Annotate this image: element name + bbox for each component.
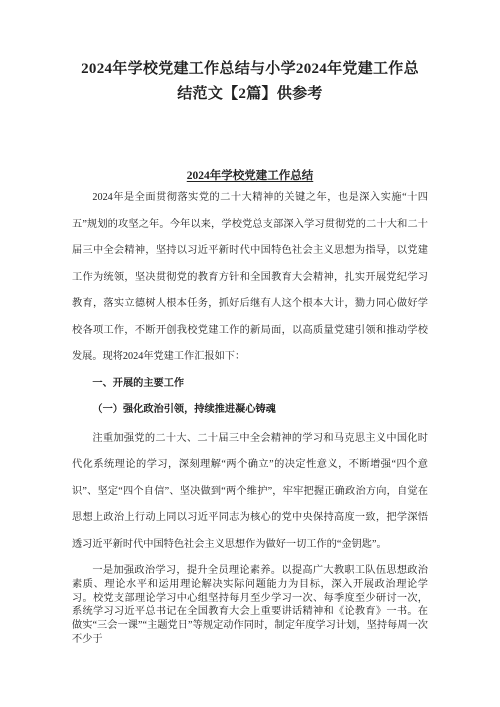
document-title: 2024年学校党建工作总结与小学2024年党建工作总 结范文【2篇】供参考 (72, 57, 428, 107)
document-title-line-1: 2024年学校党建工作总结与小学2024年党建工作总 (72, 57, 428, 82)
heading-main-work: 一、开展的主要工作 (72, 371, 428, 398)
document-content: 2024年学校党建工作总结与小学2024年党建工作总 结范文【2篇】供参考 20… (0, 0, 500, 647)
paragraph-political-learning: 一是加强政治学习，提升全员理论素养。以提高广大教职工队伍思想政治素质、理论水平和… (72, 564, 428, 647)
document-page: 2024年学校党建工作总结与小学2024年党建工作总 结范文【2篇】供参考 20… (0, 0, 500, 707)
document-title-line-2: 结范文【2篇】供参考 (72, 82, 428, 107)
subheading-political-guidance: （一）强化政治引领，持续推进凝心铸魂 (72, 397, 428, 424)
paragraph-theory-study: 注重加强党的二十大、二十届三中全会精神的学习和马克思主义中国化时代化系统理论的学… (72, 426, 428, 559)
paragraph-intro: 2024年是全面贯彻落实党的二十大精神的关键之年，也是深入实施“十四五”规划的攻… (72, 185, 428, 371)
section-heading: 2024年学校党建工作总结 (72, 169, 428, 183)
